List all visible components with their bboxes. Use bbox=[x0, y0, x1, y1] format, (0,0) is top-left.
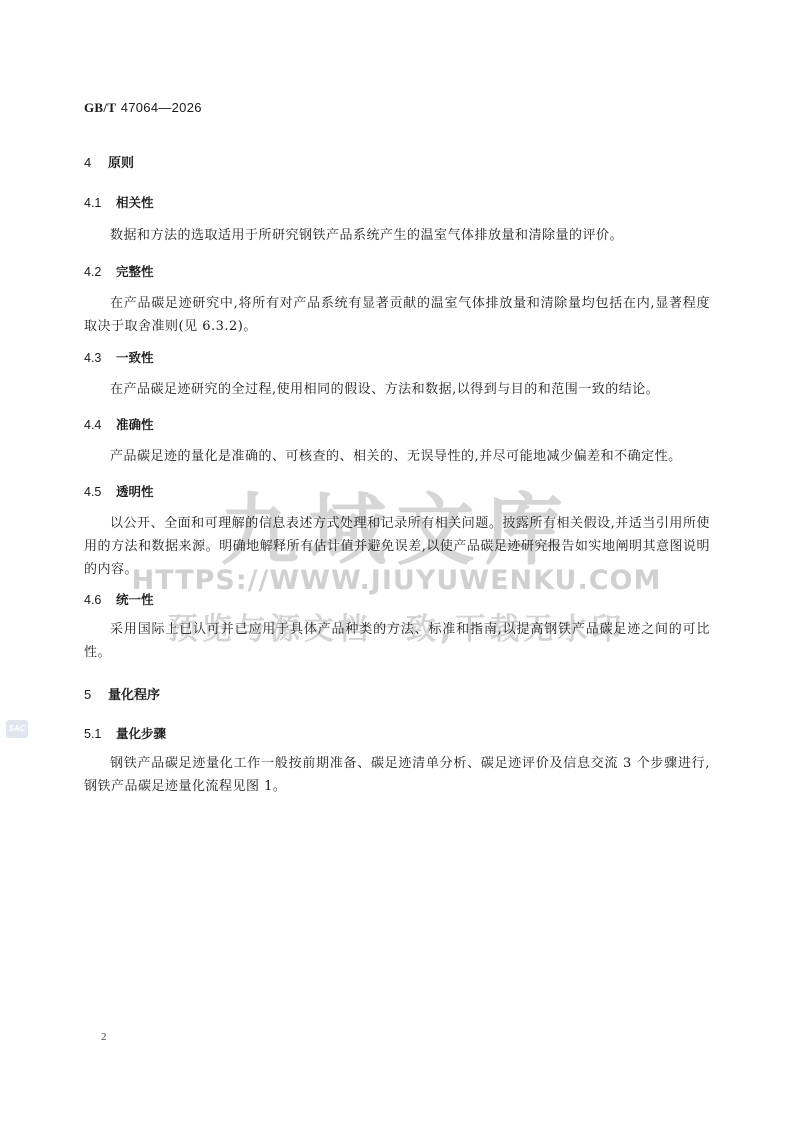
section-heading-5: 5量化程序 bbox=[84, 684, 160, 703]
standard-number: 47064—2026 bbox=[121, 100, 202, 115]
paragraph-4-1: 数据和方法的选取适用于所研究钢铁产品系统产生的温室气体排放量和清除量的评价。 bbox=[84, 224, 710, 247]
sac-logo-icon: SAC bbox=[6, 720, 28, 738]
subsection-heading-5-1: 5.1量化步骤 bbox=[84, 724, 166, 742]
subsection-heading-4-4: 4.4准确性 bbox=[84, 415, 154, 433]
document-page: 九域文库 HTTPS://WWW.JIUYUWENKU.COM 预览与源文档一致… bbox=[0, 0, 793, 1122]
page-number: 2 bbox=[101, 1031, 107, 1043]
standard-prefix: GB/T bbox=[84, 100, 116, 115]
subsection-heading-4-3: 4.3一致性 bbox=[84, 348, 154, 366]
paragraph-4-3: 在产品碳足迹研究的全过程,使用相同的假设、方法和数据,以得到与目的和范围一致的结… bbox=[84, 378, 710, 401]
paragraph-4-4: 产品碳足迹的量化是准确的、可核查的、相关的、无误导性的,并尽可能地减少偏差和不确… bbox=[84, 445, 710, 468]
subsection-heading-4-1: 4.1相关性 bbox=[84, 193, 154, 211]
paragraph-4-5: 以公开、全面和可理解的信息表述方式处理和记录所有相关问题。披露所有相关假设,并适… bbox=[84, 512, 710, 581]
subsection-heading-4-2: 4.2完整性 bbox=[84, 262, 154, 280]
subsection-heading-4-6: 4.6统一性 bbox=[84, 590, 154, 608]
paragraph-5-1: 钢铁产品碳足迹量化工作一般按前期准备、碳足迹清单分析、碳足迹评价及信息交流 3 … bbox=[84, 752, 710, 798]
subsection-heading-4-5: 4.5透明性 bbox=[84, 482, 154, 500]
section-heading-4: 4原则 bbox=[84, 152, 134, 171]
paragraph-4-2: 在产品碳足迹研究中,将所有对产品系统有显著贡献的温室气体排放量和清除量均包括在内… bbox=[84, 292, 710, 338]
paragraph-4-6: 采用国际上已认可并已应用于具体产品种类的方法、标准和指南,以提高钢铁产品碳足迹之… bbox=[84, 618, 710, 664]
document-header: GB/T 47064—2026 bbox=[84, 100, 202, 116]
